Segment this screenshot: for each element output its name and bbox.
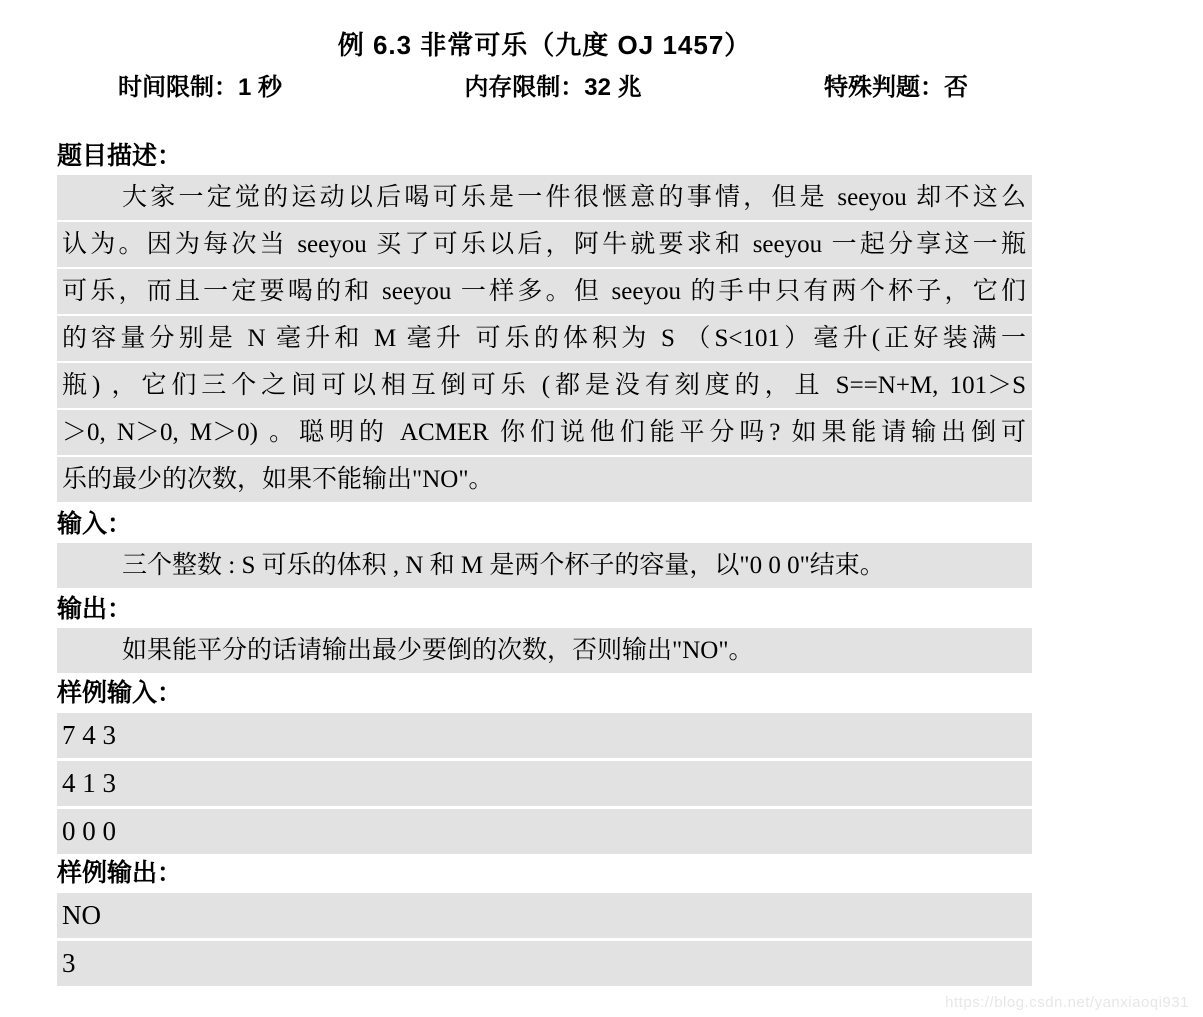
sample-input-line: 4 1 3 (57, 761, 1032, 806)
limits-row: 时间限制：1 秒 内存限制：32 兆 特殊判题：否 (57, 75, 1032, 101)
sample-output-body: NO 3 (57, 893, 1032, 986)
description-line: 瓶) ，它们三个之间可以相互倒可乐 (都是没有刻度的，且 S==N+M, 101… (57, 363, 1032, 408)
input-body: 三个整数 : S 可乐的体积 , N 和 M 是两个杯子的容量，以"0 0 0"… (57, 543, 1032, 588)
description-heading: 题目描述： (57, 142, 1032, 170)
special-judge: 特殊判题：否 (824, 75, 968, 101)
sample-output-line: 3 (57, 941, 1032, 986)
time-limit: 时间限制：1 秒 (118, 75, 282, 101)
description-line: 的容量分别是 N 毫升和 M 毫升 可乐的体积为 S （S<101）毫升(正好装… (57, 316, 1032, 361)
memory-limit: 内存限制：32 兆 (464, 75, 641, 101)
problem-page: 例 6.3 非常可乐（九度 OJ 1457） 时间限制：1 秒 内存限制：32 … (57, 28, 1032, 986)
description-line: 乐的最少的次数，如果不能输出"NO"。 (57, 457, 1032, 502)
description-line: 认为。因为每次当 seeyou 买了可乐以后，阿牛就要求和 seeyou 一起分… (57, 222, 1032, 267)
output-heading: 输出： (57, 595, 1032, 623)
sample-input-body: 7 4 3 4 1 3 0 0 0 (57, 713, 1032, 854)
sample-input-line: 0 0 0 (57, 809, 1032, 854)
sample-input-heading: 样例输入： (57, 679, 1032, 707)
description-line: ＞0, N＞0, M＞0) 。聪明的 ACMER 你们说他们能平分吗? 如果能请… (57, 410, 1032, 455)
problem-title: 例 6.3 非常可乐（九度 OJ 1457） (57, 28, 1032, 62)
sample-input-line: 7 4 3 (57, 713, 1032, 758)
sample-output-heading: 样例输出： (57, 859, 1032, 887)
watermark: https://blog.csdn.net/yanxiaoqi931 (945, 994, 1189, 1011)
description-body: 大家一定觉的运动以后喝可乐是一件很惬意的事情，但是 seeyou 却不这么 认为… (57, 175, 1032, 502)
output-body: 如果能平分的话请输出最少要倒的次数，否则输出"NO"。 (57, 628, 1032, 673)
input-heading: 输入： (57, 510, 1032, 538)
description-line: 可乐，而且一定要喝的和 seeyou 一样多。但 seeyou 的手中只有两个杯… (57, 269, 1032, 314)
sample-output-line: NO (57, 893, 1032, 938)
description-line: 大家一定觉的运动以后喝可乐是一件很惬意的事情，但是 seeyou 却不这么 (57, 175, 1032, 220)
